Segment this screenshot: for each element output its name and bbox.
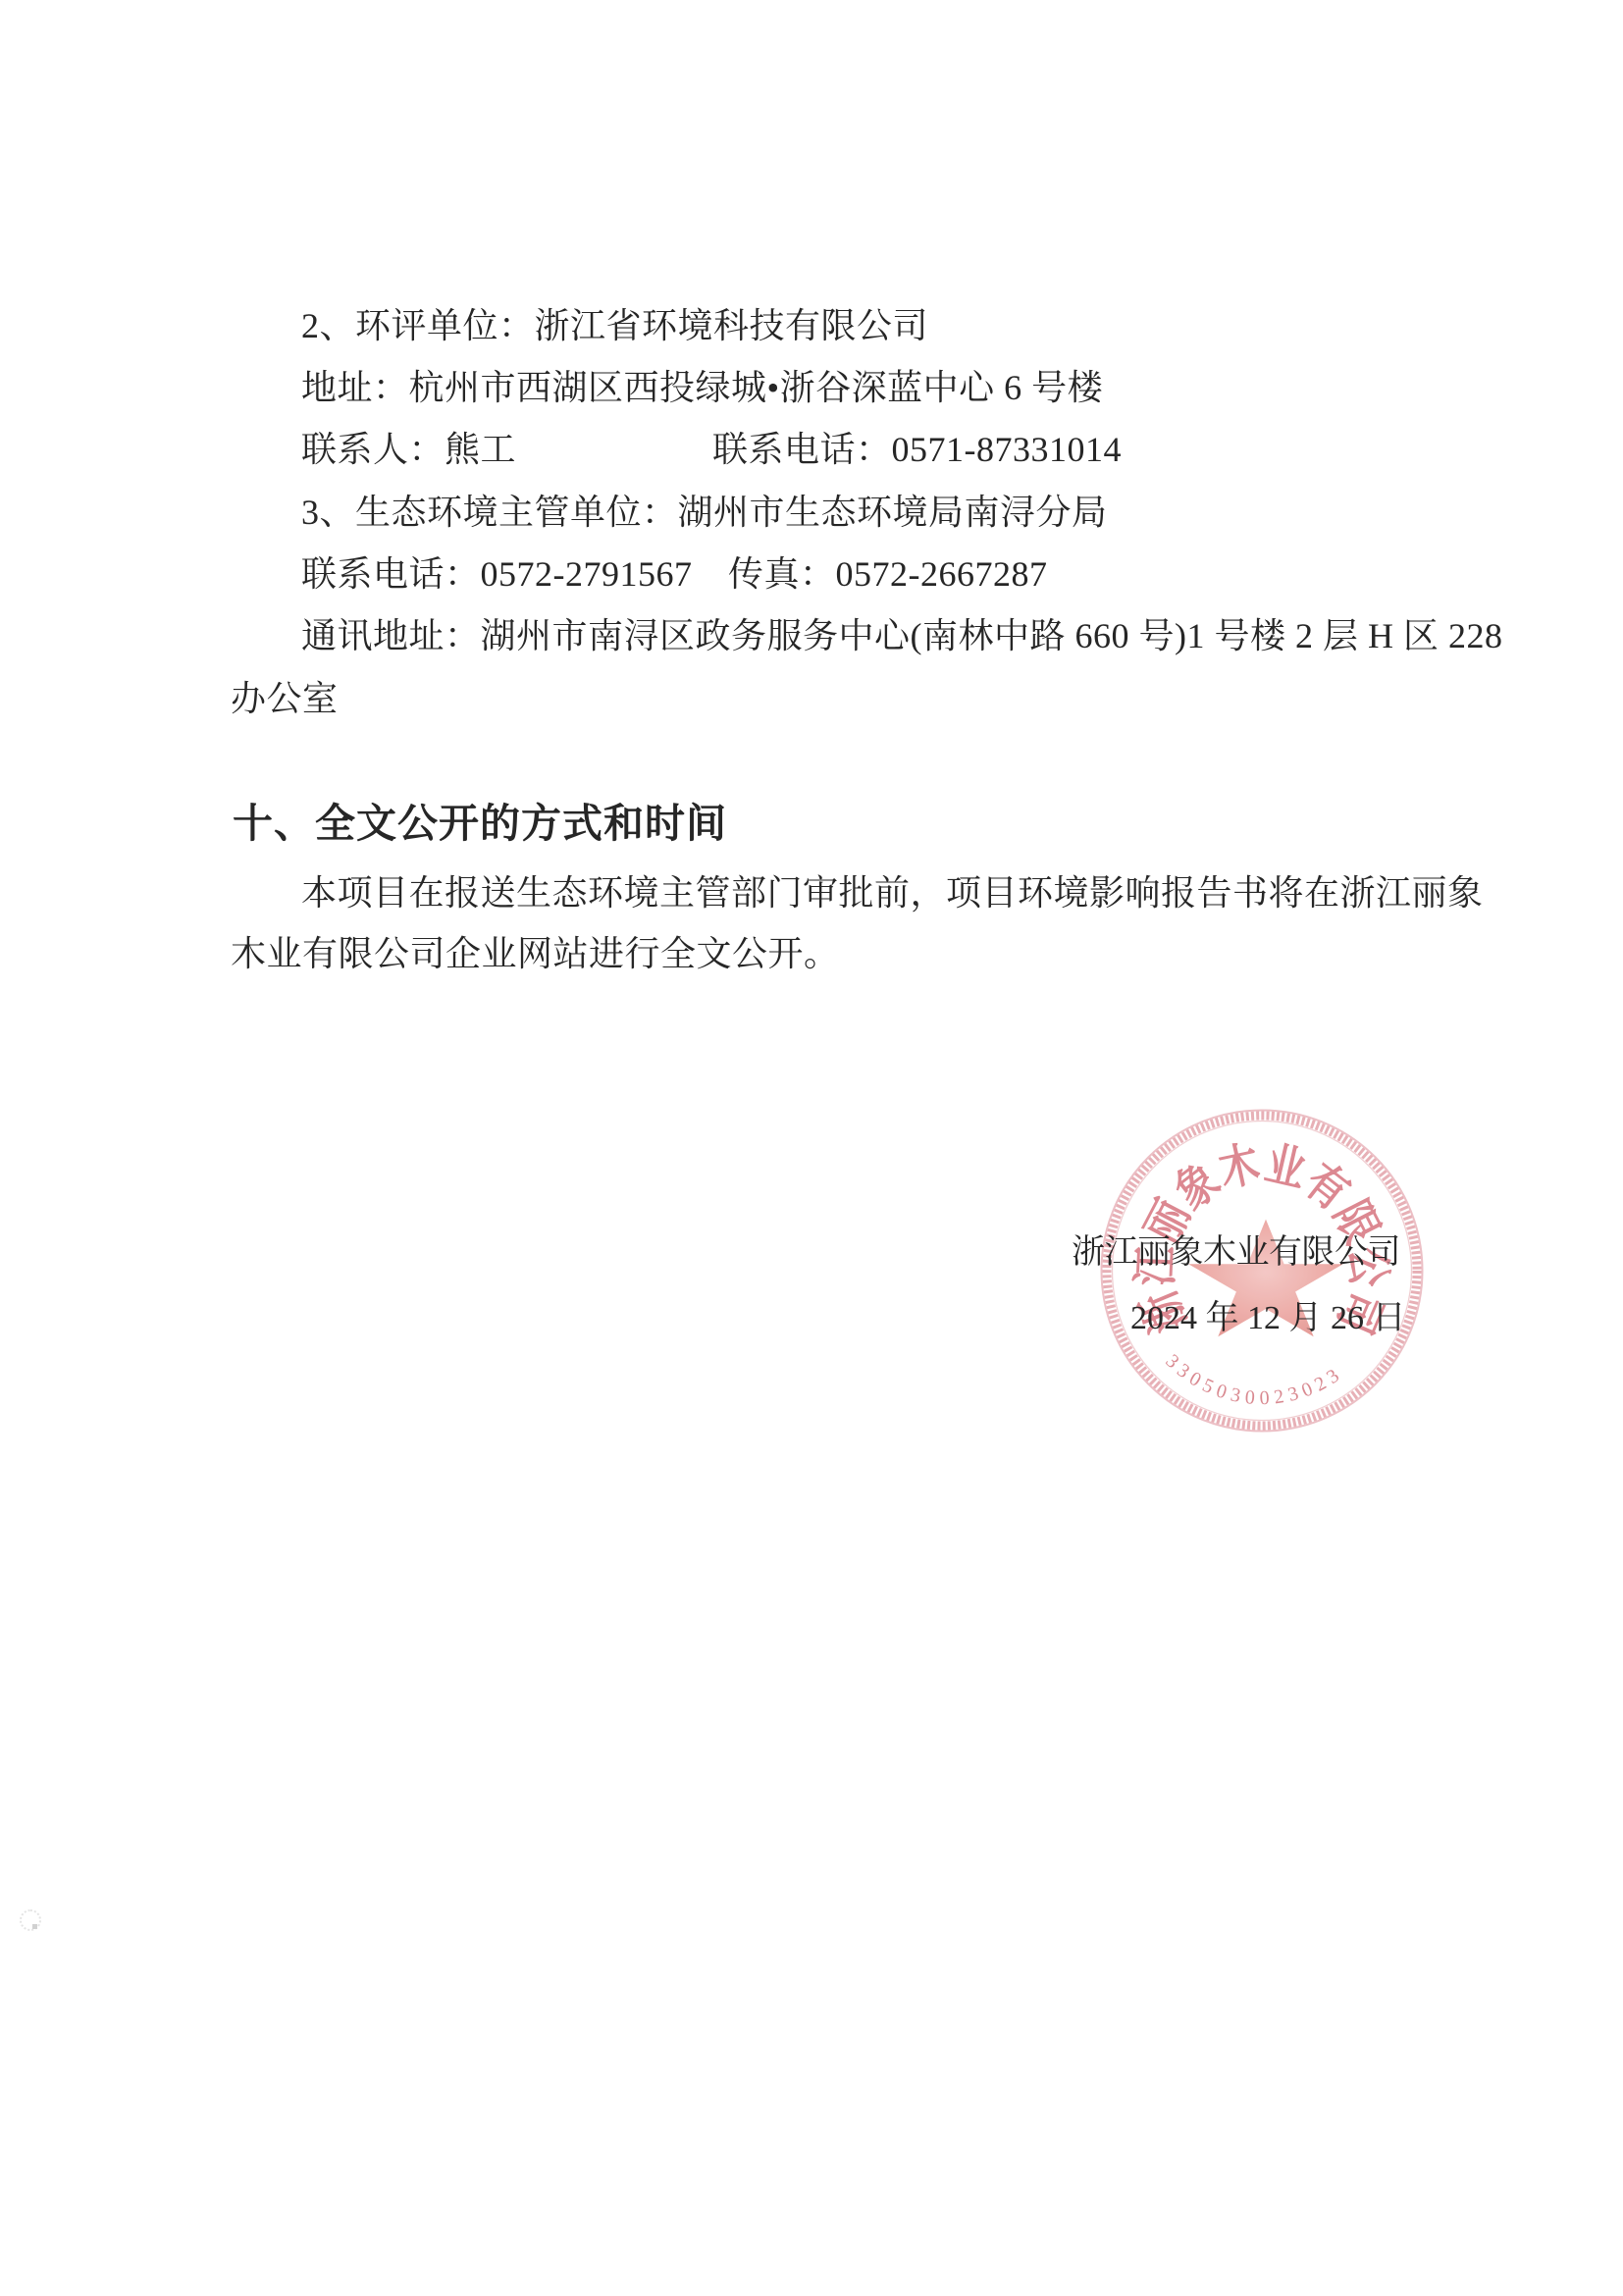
- scan-artifact-smudge: [20, 1909, 41, 1931]
- authority-address-line-1: 通讯地址：湖州市南浔区政务服务中心(南林中路 660 号)1 号楼 2 层 H …: [231, 614, 1502, 657]
- eia-contact-line: 联系人：熊工联系电话：0571-87331014: [231, 428, 1122, 471]
- signature-company-name: 浙江丽象木业有限公司: [1072, 1231, 1400, 1275]
- eia-unit-line: 2、环评单位：浙江省环境科技有限公司: [231, 304, 928, 347]
- document-page: 2、环评单位：浙江省环境科技有限公司 地址：杭州市西湖区西投绿城•浙谷深蓝中心 …: [0, 0, 1623, 2296]
- eia-address-line: 地址：杭州市西湖区西投绿城•浙谷深蓝中心 6 号楼: [231, 366, 1103, 409]
- section-heading: 十、全文公开的方式和时间: [233, 798, 727, 849]
- eia-contact-person: 联系人：熊工: [301, 430, 516, 469]
- signature-date: 2024 年 12 月 26 日: [1130, 1297, 1406, 1340]
- authority-unit-line: 3、生态环境主管单位：湖州市生态环境局南浔分局: [231, 491, 1108, 534]
- authority-address-line-2: 办公室: [231, 677, 339, 720]
- eia-contact-phone: 联系电话：0571-87331014: [712, 430, 1122, 469]
- disclosure-body-line-1: 本项目在报送生态环境主管部门审批前，项目环境影响报告书将在浙江丽象: [231, 871, 1484, 914]
- authority-phone-fax-line: 联系电话：0572-2791567 传真：0572-2667287: [231, 552, 1047, 596]
- disclosure-body-line-2: 木业有限公司企业网站进行全文公开。: [231, 932, 840, 975]
- seal-code-text: 3305030023023: [1162, 1350, 1348, 1409]
